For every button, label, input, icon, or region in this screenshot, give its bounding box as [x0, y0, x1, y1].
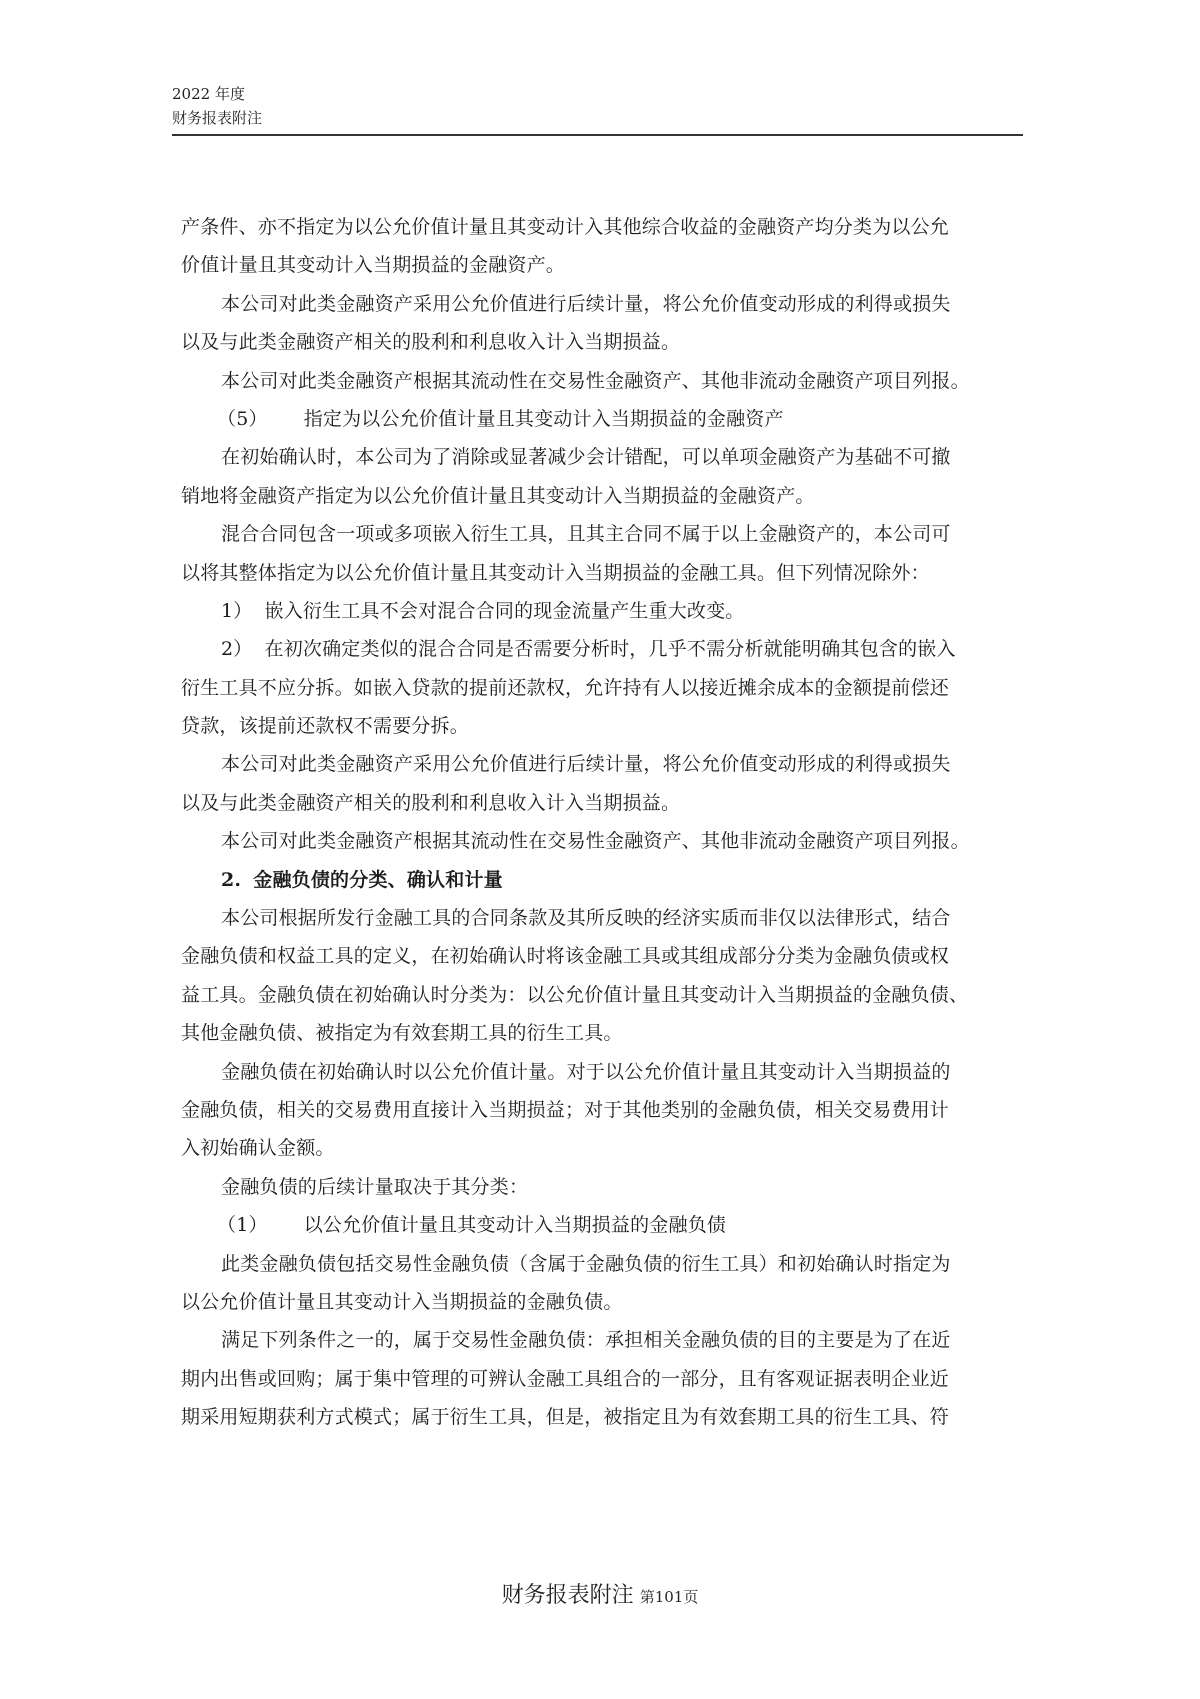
text-line: 衍生工具不应分拆。如嵌入贷款的提前还款权，允许持有人以接近摊余成本的金额提前偿还 — [181, 669, 1021, 707]
paragraph-start: 本公司对此类金融资产根据其流动性在交易性金融资产、其他非流动金融资产项目列报。 — [181, 822, 1021, 860]
paragraph-start: 混合合同包含一项或多项嵌入衍生工具，且其主合同不属于以上金融资产的，本公司可 — [181, 515, 1021, 553]
text-line: 期采用短期获利方式模式；属于衍生工具，但是，被指定且为有效套期工具的衍生工具、符 — [181, 1398, 1021, 1436]
text-line: 销地将金融资产指定为以公允价值计量且其变动计入当期损益的金融资产。 — [181, 477, 1021, 515]
list-item-2: 2）在初次确定类似的混合合同是否需要分析时，几乎不需分析就能明确其包含的嵌入 — [181, 630, 1021, 668]
header-year: 2022 年度 — [172, 82, 1023, 106]
document-body: 产条件、亦不指定为以公允价值计量且其变动计入其他综合收益的金融资产均分类为以公允… — [181, 208, 1021, 1437]
text-line: 益工具。金融负债在初始确认时分类为：以公允价值计量且其变动计入当期损益的金融负债… — [181, 976, 1021, 1014]
list-text: 在初次确定类似的混合合同是否需要分析时，几乎不需分析就能明确其包含的嵌入 — [265, 638, 956, 660]
page-number: 第101页 — [640, 1588, 699, 1606]
text-line: 以及与此类金融资产相关的股利和利息收入计入当期损益。 — [181, 323, 1021, 361]
header-title: 财务报表附注 — [172, 106, 1023, 130]
text-line: 其他金融负债、被指定为有效套期工具的衍生工具。 — [181, 1014, 1021, 1052]
header-divider — [172, 134, 1023, 136]
paragraph-start: 此类金融负债包括交易性金融负债（含属于金融负债的衍生工具）和初始确认时指定为 — [181, 1245, 1021, 1283]
text-line: 贷款，该提前还款权不需要分拆。 — [181, 707, 1021, 745]
text-line: 金融负债，相关的交易费用直接计入当期损益；对于其他类别的金融负债，相关交易费用计 — [181, 1091, 1021, 1129]
text-line: 金融负债和权益工具的定义，在初始确认时将该金融工具或其组成部分分类为金融负债或权 — [181, 937, 1021, 975]
paragraph-start: 本公司对此类金融资产采用公允价值进行后续计量，将公允价值变动形成的利得或损失 — [181, 285, 1021, 323]
text-line: 以及与此类金融资产相关的股利和利息收入计入当期损益。 — [181, 784, 1021, 822]
list-text: 嵌入衍生工具不会对混合合同的现金流量产生重大改变。 — [265, 600, 745, 622]
text-line: 产条件、亦不指定为以公允价值计量且其变动计入其他综合收益的金融资产均分类为以公允 — [181, 208, 1021, 246]
paragraph-start: 在初始确认时，本公司为了消除或显著减少会计错配，可以单项金融资产为基础不可撤 — [181, 438, 1021, 476]
section-number: 2. — [221, 869, 241, 891]
paragraph-start: 本公司对此类金融资产根据其流动性在交易性金融资产、其他非流动金融资产项目列报。 — [181, 362, 1021, 400]
subheading-text: 以公允价值计量且其变动计入当期损益的金融负债 — [304, 1214, 726, 1236]
subheading-number: （5） — [217, 408, 268, 430]
subheading-number: （1） — [217, 1214, 268, 1236]
paragraph-start: 本公司对此类金融资产采用公允价值进行后续计量，将公允价值变动形成的利得或损失 — [181, 745, 1021, 783]
paragraph-start: 满足下列条件之一的，属于交易性金融负债：承担相关金融负债的目的主要是为了在近 — [181, 1321, 1021, 1359]
text-line: 入初始确认金额。 — [181, 1129, 1021, 1167]
section-heading-2: 2.金融负债的分类、确认和计量 — [181, 861, 1021, 899]
page-header: 2022 年度 财务报表附注 — [172, 82, 1023, 130]
subheading-text: 指定为以公允价值计量且其变动计入当期损益的金融资产 — [304, 408, 784, 430]
subheading-5: （5）指定为以公允价值计量且其变动计入当期损益的金融资产 — [181, 400, 1021, 438]
footer-title: 财务报表附注 — [502, 1583, 634, 1608]
text-line: 价值计量且其变动计入当期损益的金融资产。 — [181, 246, 1021, 284]
text-line: 期内出售或回购；属于集中管理的可辨认金融工具组合的一部分，且有客观证据表明企业近 — [181, 1360, 1021, 1398]
paragraph-start: 金融负债的后续计量取决于其分类： — [181, 1168, 1021, 1206]
text-line: 以公允价值计量且其变动计入当期损益的金融负债。 — [181, 1283, 1021, 1321]
text-line: 以将其整体指定为以公允价值计量且其变动计入当期损益的金融工具。但下列情况除外： — [181, 554, 1021, 592]
subheading-1: （1）以公允价值计量且其变动计入当期损益的金融负债 — [181, 1206, 1021, 1244]
paragraph-start: 本公司根据所发行金融工具的合同条款及其所反映的经济实质而非仅以法律形式，结合 — [181, 899, 1021, 937]
page-footer: 财务报表附注第101页 — [0, 1578, 1200, 1609]
paragraph-start: 金融负债在初始确认时以公允价值计量。对于以公允价值计量且其变动计入当期损益的 — [181, 1053, 1021, 1091]
section-title: 金融负债的分类、确认和计量 — [253, 869, 503, 891]
list-number: 2） — [221, 638, 253, 660]
list-item-1: 1）嵌入衍生工具不会对混合合同的现金流量产生重大改变。 — [181, 592, 1021, 630]
list-number: 1） — [221, 600, 253, 622]
